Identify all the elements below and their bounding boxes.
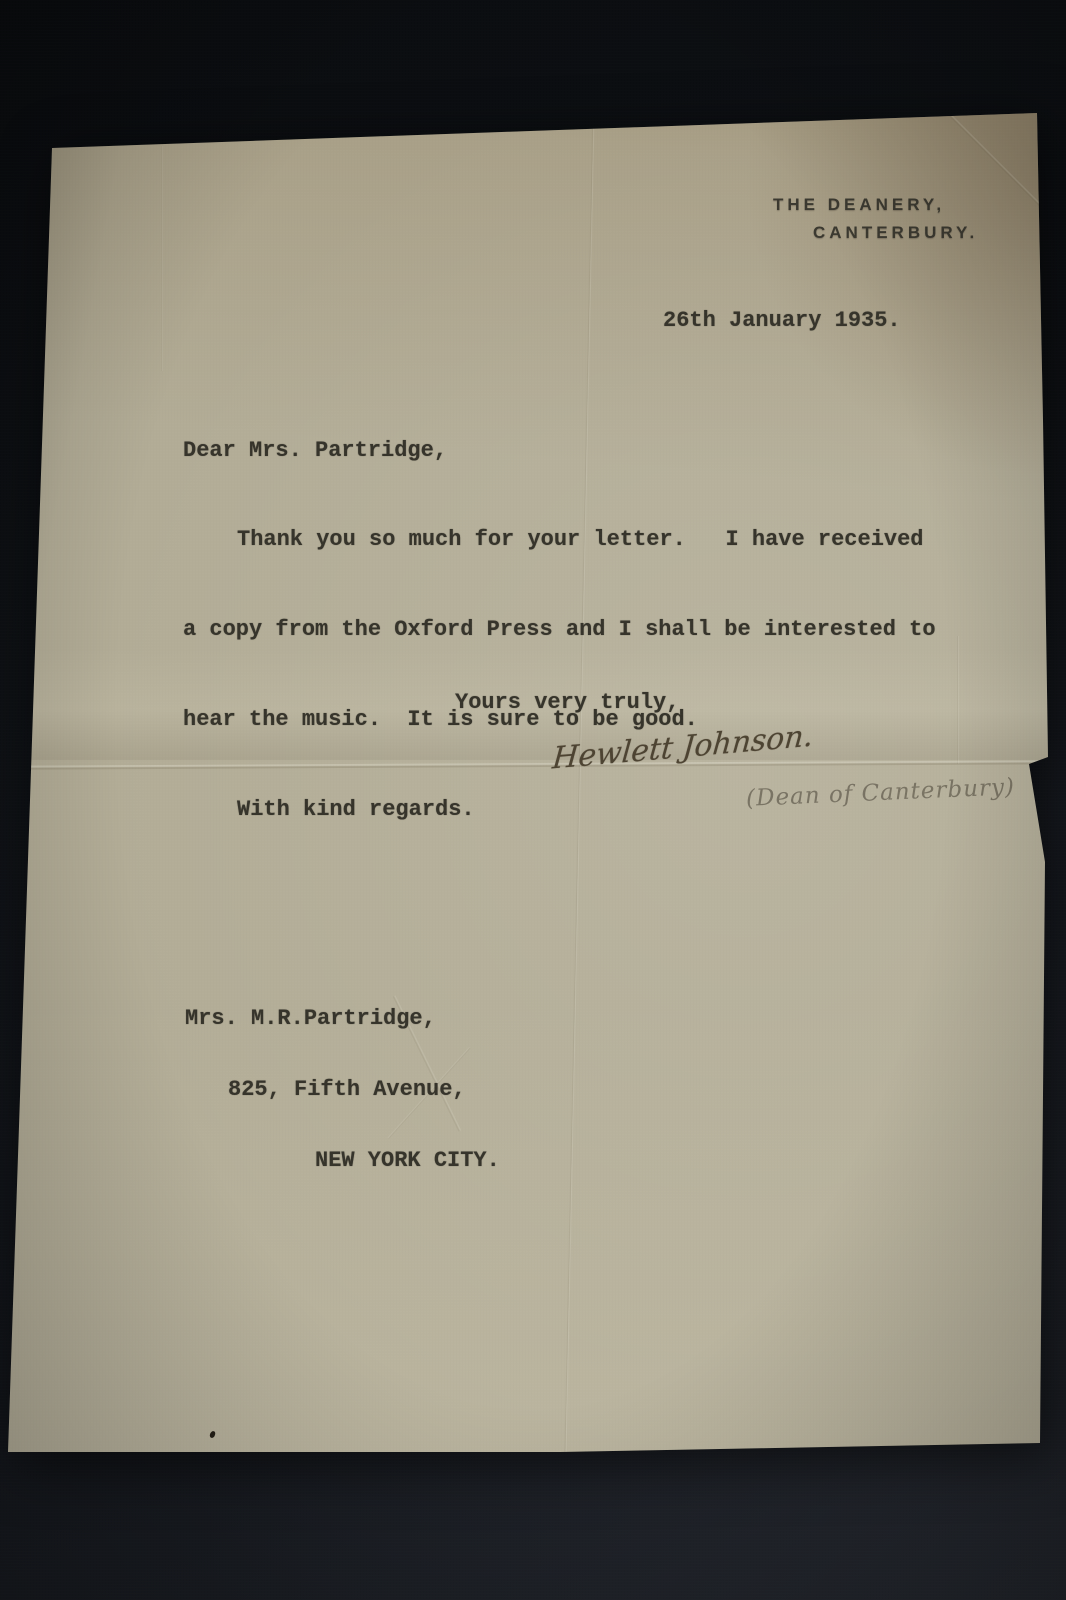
letter-photograph: THE DEANERY, CANTERBURY. 26th January 19… — [0, 0, 1066, 1600]
address-line: NEW YORK CITY. — [315, 1149, 500, 1172]
recipient-address: Mrs. M.R.Partridge, 825, Fifth Avenue, N… — [185, 959, 500, 1220]
paper-shadow-wrap: THE DEANERY, CANTERBURY. 26th January 19… — [0, 0, 1066, 1600]
ink-speck — [209, 1430, 216, 1438]
closing-valediction: Yours very truly, — [455, 691, 679, 715]
letter-paper: THE DEANERY, CANTERBURY. 26th January 19… — [0, 0, 1066, 1600]
body-line: a copy from the Oxford Press and I shall… — [183, 618, 936, 660]
address-line: Mrs. M.R.Partridge, — [185, 1007, 500, 1030]
letter-date: 26th January 1935. — [663, 309, 901, 333]
letterhead-line-1: THE DEANERY, — [773, 195, 945, 215]
address-line: 825, Fifth Avenue, — [228, 1078, 500, 1101]
letterhead-line-2: CANTERBURY. — [813, 223, 978, 243]
crease-top-right-corner — [931, 96, 1066, 243]
crease-vertical-right-flap — [957, 636, 959, 764]
crease-vertical-left — [161, 146, 163, 371]
body-line: Thank you so much for your letter. I hav… — [183, 528, 936, 570]
salutation: Dear Mrs. Partridge, — [183, 439, 447, 463]
letter-body: Thank you so much for your letter. I hav… — [183, 480, 936, 888]
